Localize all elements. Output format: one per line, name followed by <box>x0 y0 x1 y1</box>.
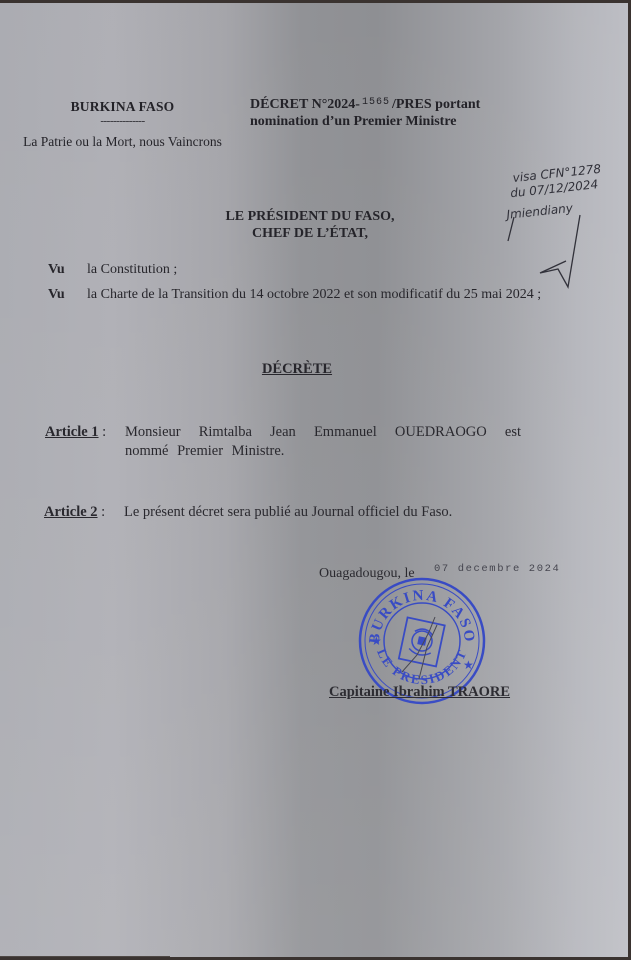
decree-prefix: DÉCRET N°2024- <box>250 97 360 112</box>
article-label: Article 2 : <box>44 503 124 522</box>
consideration-text: la Constitution ; <box>87 262 177 278</box>
article-text: Monsieur Rimtalba Jean Emmanuel OUEDRAOG… <box>125 423 521 461</box>
signatory-name: Capitaine Ibrahim TRAORE <box>329 684 510 701</box>
consideration-label: Vu <box>48 262 87 278</box>
photo-background-edge <box>0 956 170 960</box>
visa-signature-stroke <box>500 203 590 293</box>
stamp-top-text: BURKINA FASO <box>367 588 478 645</box>
issuer-line-2: CHEF DE L’ÉTAT, <box>190 225 430 242</box>
decree-suffix: /PRES portant <box>392 97 480 112</box>
stamp-star-left-icon: ★ <box>371 634 382 648</box>
consideration-text: la Charte de la Transition du 14 octobre… <box>87 287 541 303</box>
header-separator: -------------- <box>0 116 245 126</box>
article-2: Article 2 : Le présent décret sera publi… <box>44 503 520 522</box>
issuer-title: LE PRÉSIDENT DU FASO, CHEF DE L’ÉTAT, <box>190 208 430 242</box>
country-name: BURKINA FASO <box>0 99 245 115</box>
coat-of-arms-icon <box>399 617 445 666</box>
article-label: Article 1 : <box>45 423 125 461</box>
consideration-label: Vu <box>48 287 87 303</box>
consideration-item: Vu la Constitution ; <box>48 262 177 278</box>
consideration-item: Vu la Charte de la Transition du 14 octo… <box>48 287 541 303</box>
stamp-star-right-icon: ★ <box>463 658 474 672</box>
decree-subject: nomination d’un Premier Ministre <box>250 113 480 130</box>
decision-heading: DÉCRÈTE <box>0 361 594 378</box>
signing-date: 07 decembre 2024 <box>434 563 560 575</box>
issuer-line-1: LE PRÉSIDENT DU FASO, <box>190 208 430 225</box>
decree-number: 1565 <box>362 97 390 108</box>
article-1: Article 1 : Monsieur Rimtalba Jean Emman… <box>45 423 521 461</box>
national-motto: La Patrie ou la Mort, nous Vaincrons <box>0 134 245 150</box>
decree-title: DÉCRET N°2024-1565/PRES portant nominati… <box>250 94 480 130</box>
article-text: Le présent décret sera publié au Journal… <box>124 503 520 522</box>
decree-document: BURKINA FASO -------------- La Patrie ou… <box>0 3 628 957</box>
